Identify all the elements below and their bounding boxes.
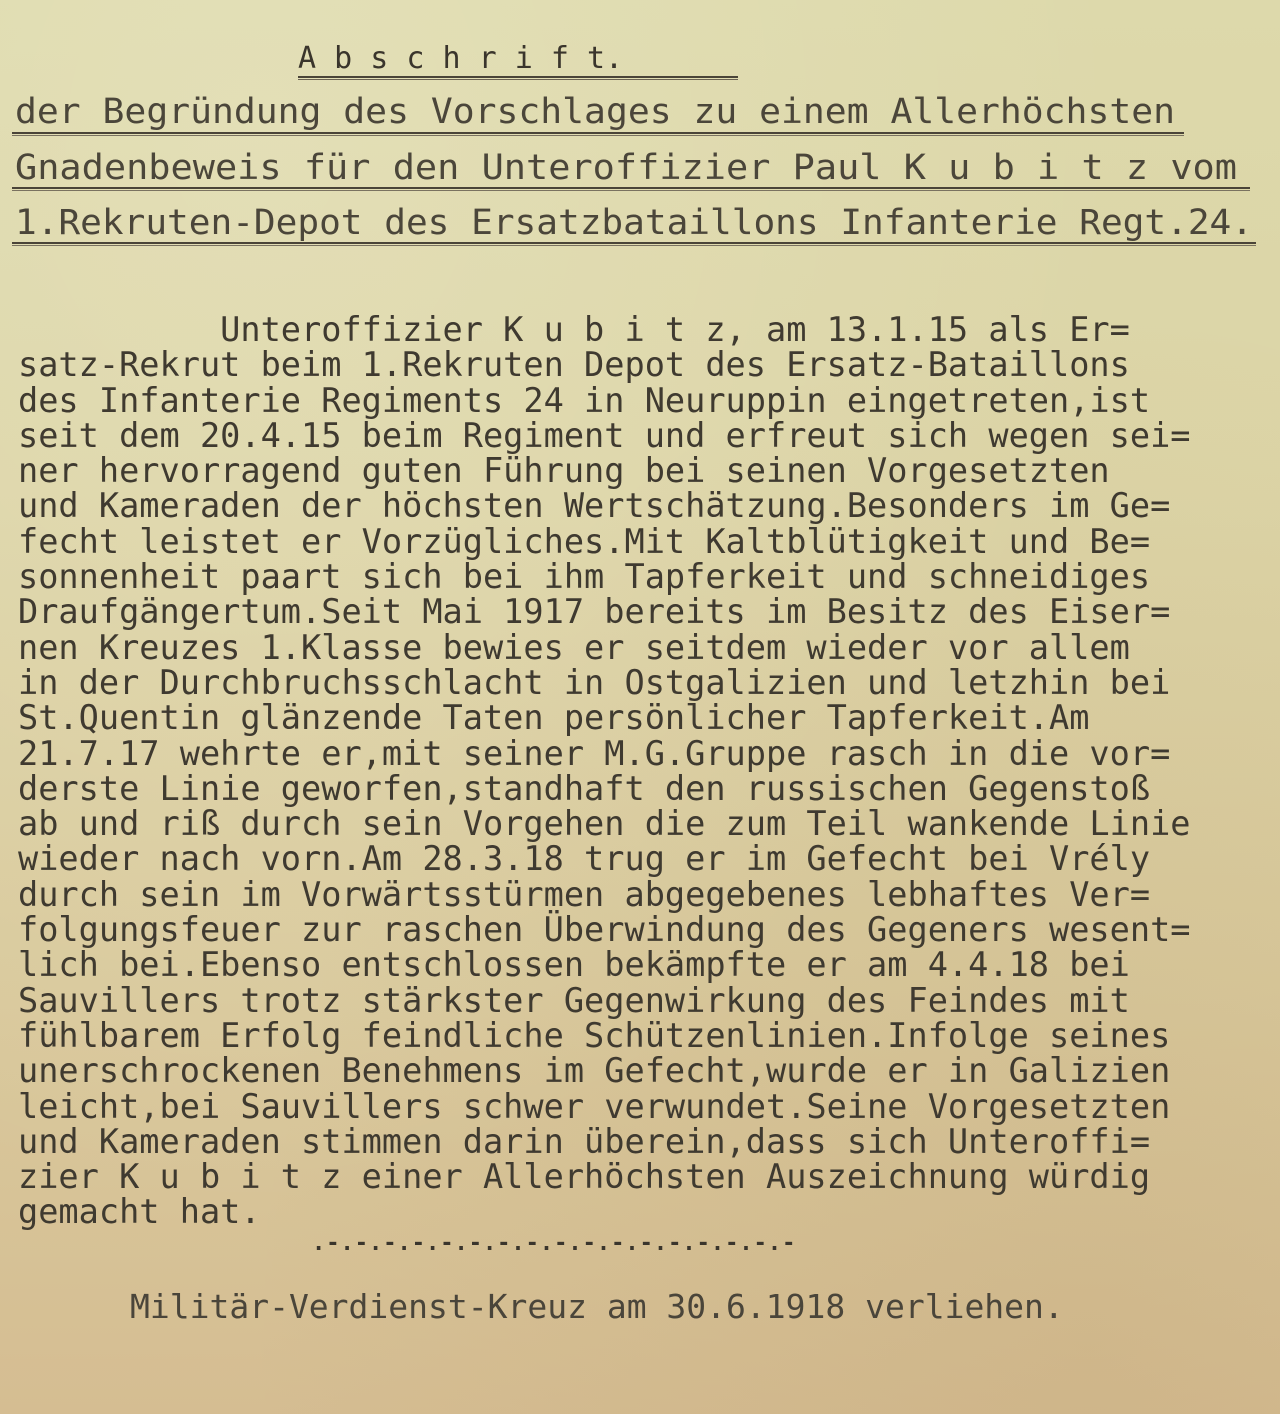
- body-line: des Infanterie Regiments 24 in Neuruppin…: [18, 383, 1191, 418]
- body-line: fecht leistet er Vorzügliches.Mit Kaltbl…: [18, 524, 1191, 559]
- header-line-1: der Begründung des Vorschlages zu einem …: [15, 92, 1175, 132]
- body-paragraph: Unteroffizier K u b i t z, am 13.1.15 al…: [18, 312, 1191, 1230]
- body-line: satz-Rekrut beim 1.Rekruten Depot des Er…: [18, 347, 1191, 382]
- body-line: ner hervorragend guten Führung bei seine…: [18, 453, 1191, 488]
- body-line: derste Linie geworfen,standhaft den russ…: [18, 771, 1191, 806]
- body-line: 21.7.17 wehrte er,mit seiner M.G.Gruppe …: [18, 736, 1191, 771]
- document-title: A b s c h r i f t.: [298, 40, 738, 78]
- body-line: gemacht hat.: [18, 1194, 1191, 1229]
- body-line: Sauvillers trotz stärkster Gegenwirkung …: [18, 983, 1191, 1018]
- body-line: nen Kreuzes 1.Klasse bewies er seitdem w…: [18, 630, 1191, 665]
- body-line: in der Durchbruchsschlacht in Ostgalizie…: [18, 665, 1191, 700]
- header-line-2: Gnadenbeweis für den Unteroffizier Paul …: [15, 148, 1237, 188]
- title-underline: [298, 76, 738, 80]
- body-line: und Kameraden der höchsten Wertschätzung…: [18, 488, 1191, 523]
- body-line: unerschrockenen Benehmens im Gefecht,wur…: [18, 1053, 1191, 1088]
- body-line: lich bei.Ebenso entschlossen bekämpfte e…: [18, 947, 1191, 982]
- body-line: sonnenheit paart sich bei ihm Tapferkeit…: [18, 559, 1191, 594]
- body-line: und Kameraden stimmen darin überein,dass…: [18, 1124, 1191, 1159]
- header-line-3: 1.Rekruten-Depot des Ersatzbataillons In…: [15, 203, 1253, 243]
- body-line: Draufgängertum.Seit Mai 1917 bereits im …: [18, 594, 1191, 629]
- header-rule-3: [12, 242, 1256, 246]
- separator-line: .-.-.-.-.-.-.-.-.-.-.-.-.-.-.-.-.-: [312, 1232, 796, 1256]
- body-line: seit dem 20.4.15 beim Regiment und erfre…: [18, 418, 1191, 453]
- body-line: fühlbarem Erfolg feindliche Schützenlini…: [18, 1018, 1191, 1053]
- header-rule-2: [12, 187, 1250, 191]
- body-line: ab und riß durch sein Vorgehen die zum T…: [18, 806, 1191, 841]
- body-line: zier K u b i t z einer Allerhöchsten Aus…: [18, 1159, 1191, 1194]
- header-rule-1: [12, 132, 1184, 136]
- body-line: leicht,bei Sauvillers schwer verwundet.S…: [18, 1089, 1191, 1124]
- closing-note: Militär-Verdienst-Kreuz am 30.6.1918 ver…: [130, 1288, 1064, 1326]
- body-line: durch sein im Vorwärtsstürmen abgegebene…: [18, 877, 1191, 912]
- body-line: folgungsfeuer zur raschen Überwindung de…: [18, 912, 1191, 947]
- body-line: Unteroffizier K u b i t z, am 13.1.15 al…: [18, 312, 1191, 347]
- body-line: St.Quentin glänzende Taten persönlicher …: [18, 700, 1191, 735]
- body-line: wieder nach vorn.Am 28.3.18 trug er im G…: [18, 841, 1191, 876]
